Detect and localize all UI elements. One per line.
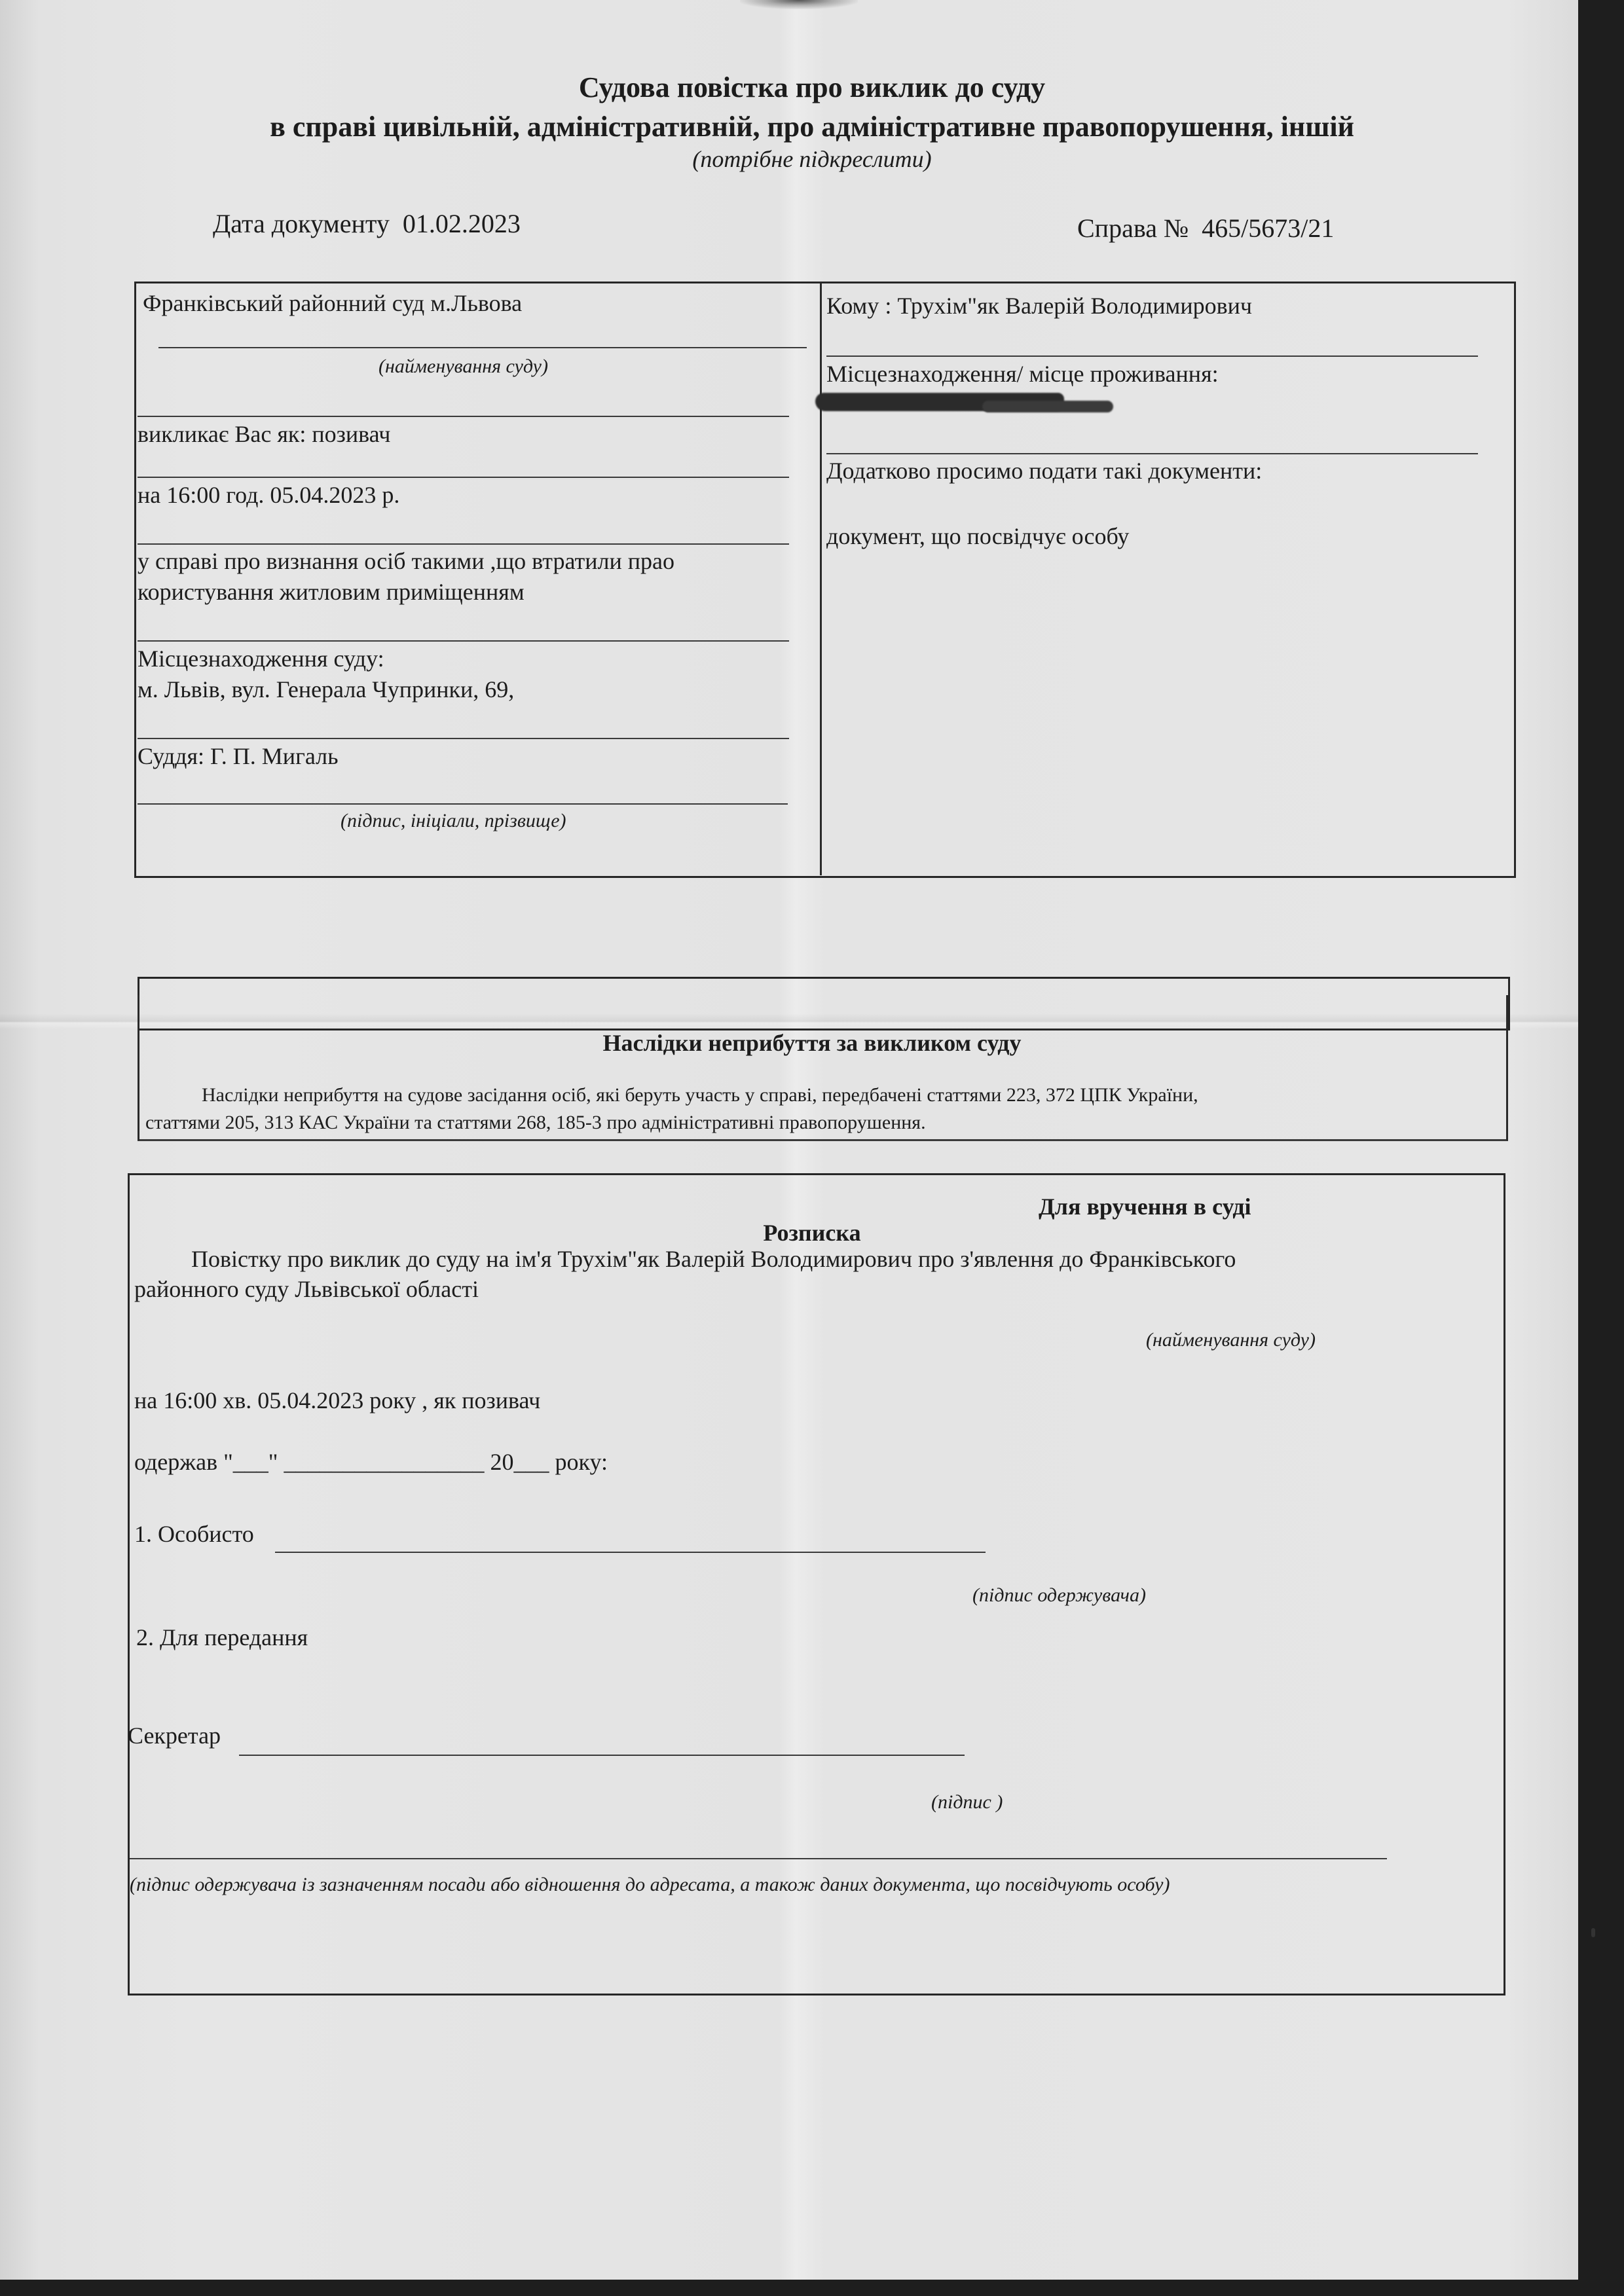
additional-docs: документ, що посвідчує особу <box>826 522 1129 550</box>
document-title: Судова повістка про виклик до суду <box>0 71 1624 104</box>
consequences-heading: Наслідки неприбуття за викликом суду <box>0 1029 1624 1057</box>
consequences-box <box>138 977 1510 1030</box>
consequences-box-left <box>138 995 139 1140</box>
title-note: (потрібне підкреслити) <box>0 145 1624 173</box>
court-address: м. Львів, вул. Генерала Чупринки, 69, <box>138 676 514 703</box>
case-subject-line1: у справі про визнання осіб такими ,що вт… <box>138 547 674 575</box>
scan-mark <box>1591 1928 1595 1937</box>
received-line: одержав "___" _________________ 20___ ро… <box>134 1448 608 1476</box>
document-subtitle: в справі цивільній, адміністративній, пр… <box>0 110 1624 143</box>
consequences-box-bottom <box>138 1139 1508 1141</box>
document-date-label: Дата документу <box>213 209 390 238</box>
appearance-line: на 16:00 хв. 05.04.2023 року , як позива… <box>134 1387 540 1414</box>
court-name: Франківський районний суд м.Львова <box>143 289 522 317</box>
rule <box>158 347 807 348</box>
case-subject-line2: користування житловим приміщенням <box>138 578 525 606</box>
hearing-datetime: на 16:00 год. 05.04.2023 р. <box>138 481 399 509</box>
receipt-text-line2: районного суду Львівської області <box>134 1275 479 1303</box>
rule <box>138 803 788 805</box>
paper-sheet: Судова повістка про виклик до суду в спр… <box>0 0 1578 2280</box>
rule <box>138 477 789 478</box>
document-date: Дата документу 01.02.2023 <box>213 208 521 239</box>
redacted-address <box>982 401 1113 412</box>
consequences-text-line2: статтями 205, 313 КАС України та статтям… <box>145 1112 926 1134</box>
consequences-box-right <box>1506 995 1508 1140</box>
document-date-value: 01.02.2023 <box>403 209 521 238</box>
consequences-text-line1: Наслідки неприбуття на судове засідання … <box>202 1084 1198 1106</box>
column-divider <box>820 283 822 875</box>
rule <box>138 416 789 417</box>
summoned-as: викликає Вас як: позивач <box>138 420 390 448</box>
receipt-court-caption: (найменування суду) <box>1146 1329 1316 1351</box>
for-court-label: Для вручення в суді <box>1039 1193 1251 1220</box>
additional-docs-label: Додатково просимо подати такі документи: <box>826 457 1262 484</box>
recipient-signature-caption: (підпис одержувача) <box>972 1584 1146 1607</box>
secretary-label: Секретар <box>128 1722 221 1749</box>
judge: Суддя: Г. П. Мигаль <box>138 742 339 770</box>
rule <box>138 543 789 545</box>
rule <box>138 640 789 642</box>
scan-shadow <box>740 0 858 9</box>
case-number-value: 465/5673/21 <box>1202 213 1334 243</box>
personally-signature-line[interactable] <box>275 1552 986 1553</box>
case-number: Справа № 465/5673/21 <box>1077 213 1334 244</box>
secretary-signature-caption: (підпис ) <box>931 1791 1003 1813</box>
rule <box>138 738 789 739</box>
signature-caption: (підпис, ініціали, прізвище) <box>341 810 566 832</box>
rule <box>826 355 1478 357</box>
receipt-heading: Розписка <box>0 1219 1624 1247</box>
recipient-location-label: Місцезнаходження/ місце проживання: <box>826 360 1219 388</box>
personally-label: 1. Особисто <box>134 1520 254 1548</box>
secretary-signature-line[interactable] <box>239 1755 965 1756</box>
court-location-label: Місцезнаходження суду: <box>138 645 384 672</box>
receipt-text-line1: Повістку про виклик до суду на ім'я Трух… <box>191 1245 1236 1273</box>
case-number-label: Справа № <box>1077 213 1189 243</box>
recipient-details-line[interactable] <box>130 1858 1387 1859</box>
rule <box>826 453 1478 454</box>
recipient-details-caption: (підпис одержувача із зазначенням посади… <box>130 1874 1170 1896</box>
for-transfer-label: 2. Для передання <box>136 1624 308 1651</box>
court-name-caption: (найменування суду) <box>378 355 548 378</box>
recipient: Кому : Трухім"як Валерій Володимирович <box>826 292 1252 319</box>
